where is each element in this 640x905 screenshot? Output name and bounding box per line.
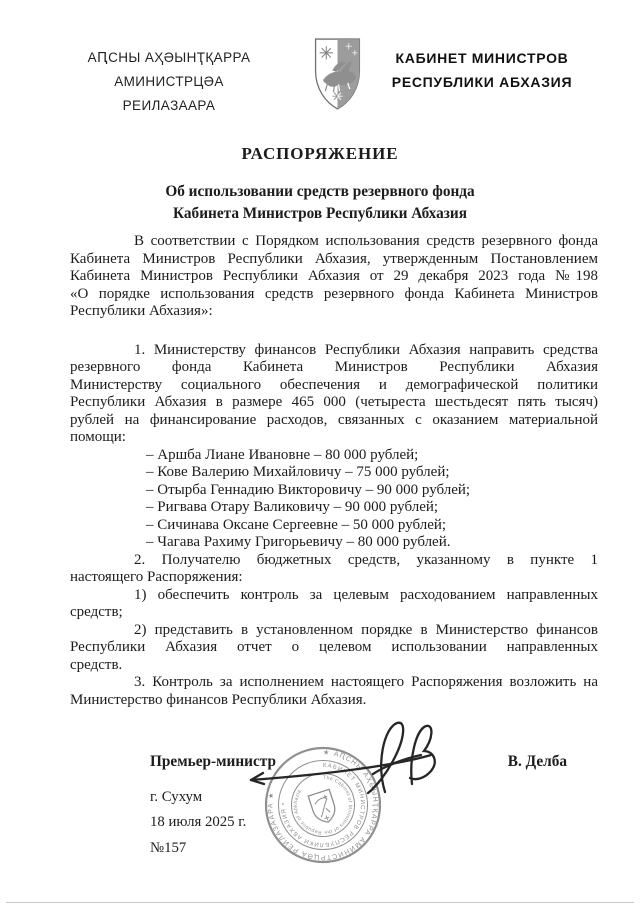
org-name-russian-line2: РЕСПУБЛИКИ АБХАЗИЯ (383, 70, 581, 94)
text-line: рублей на финансирование расходов, связа… (70, 412, 598, 430)
item-2-subitem-2: 2) представить в установленном порядке в… (70, 622, 598, 675)
org-name-russian-line1: КАБИНЕТ МИНИСТРОВ (383, 46, 581, 70)
text-line: – Кове Валерию Михайловичу – 75 000 рубл… (70, 464, 598, 482)
scan-edge-line (6, 902, 634, 903)
place-line: г. Сухум (150, 789, 202, 806)
text-line: Кабинета Министров Республики Абхазия, у… (70, 251, 598, 269)
text-line: помощи: (70, 429, 598, 447)
text-line: 1) обеспечить контроль за целевым расход… (70, 587, 598, 605)
item-3-paragraph: 3. Контроль за исполнением настоящего Ра… (70, 674, 598, 709)
text-line: Кабинета Министров Республики Абхазия от… (70, 268, 598, 286)
text-line: Министерству социального обеспечения и д… (70, 377, 598, 395)
text-line: – Отырба Геннадию Викторовичу – 90 000 р… (70, 482, 598, 500)
text-line: 3. Контроль за исполнением настоящего Ра… (70, 674, 598, 692)
text-line: Республики Абхазия»: (70, 303, 598, 321)
text-line: средств; (70, 604, 598, 622)
text-line: – Аршба Лиане Ивановне – 80 000 рублей; (70, 447, 598, 465)
coat-of-arms-icon (312, 36, 363, 112)
org-name-abkhaz-line2: АМИНИСТРЦӘА РЕИЛАЗААРА (66, 70, 272, 118)
text-line: Кабинета Министров Республики Абхазия (0, 203, 640, 225)
text-line: средств. (70, 657, 598, 675)
document-subject: Об использовании средств резервного фонд… (0, 181, 640, 225)
text-line: – Ригвава Отару Валиковичу – 90 000 рубл… (70, 499, 598, 517)
signer-name: В. Делба (508, 753, 567, 771)
item-2-subitem-1: 1) обеспечить контроль за целевым расход… (70, 587, 598, 622)
text-line: резервного фонда Кабинета Министров Респ… (70, 359, 598, 377)
item-1-paragraph: 1. Министерству финансов Республики Абха… (70, 342, 598, 447)
text-line: «О порядке использования средств резервн… (70, 286, 598, 304)
recipients-list: – Аршба Лиане Ивановне – 80 000 рублей;–… (70, 447, 598, 552)
text-line: В соответствии с Порядком использования … (70, 233, 598, 251)
text-line: Министерство финансов Республики Абхазия… (70, 692, 598, 710)
text-line: 1. Министерству финансов Республики Абха… (70, 342, 598, 360)
org-name-abkhaz: АԤСНЫ АҲӘЫНҬҚАРРА АМИНИСТРЦӘА РЕИЛАЗААРА (66, 46, 272, 118)
text-line: Республики Абхазия отчет о целевом испол… (70, 639, 598, 657)
document-body: В соответствии с Порядком использования … (70, 233, 598, 709)
preamble-paragraph: В соответствии с Порядком использования … (70, 233, 598, 321)
document-number: №157 (150, 840, 186, 857)
org-name-russian: КАБИНЕТ МИНИСТРОВ РЕСПУБЛИКИ АБХАЗИЯ (383, 46, 581, 94)
text-line: – Сичинава Оксане Сергеевне – 50 000 руб… (70, 517, 598, 535)
text-line: настоящего Распоряжения: (70, 569, 598, 587)
text-line: 2. Получателю бюджетных средств, указанн… (70, 552, 598, 570)
text-line: 2) представить в установленном порядке в… (70, 622, 598, 640)
text-line: Республики Абхазия в размере 465 000 (че… (70, 394, 598, 412)
document-title: РАСПОРЯЖЕНИЕ (0, 144, 640, 164)
item-2-paragraph: 2. Получателю бюджетных средств, указанн… (70, 552, 598, 587)
text-line: Об использовании средств резервного фонд… (0, 181, 640, 203)
date-line: 18 июля 2025 г. (150, 814, 246, 831)
document-page: АԤСНЫ АҲӘЫНҬҚАРРА АМИНИСТРЦӘА РЕИЛАЗААРА (0, 0, 640, 905)
org-name-abkhaz-line1: АԤСНЫ АҲӘЫНҬҚАРРА (66, 46, 272, 70)
signature-autograph (235, 712, 455, 802)
text-line: – Чагава Рахиму Григорьевичу – 80 000 ру… (70, 534, 598, 552)
